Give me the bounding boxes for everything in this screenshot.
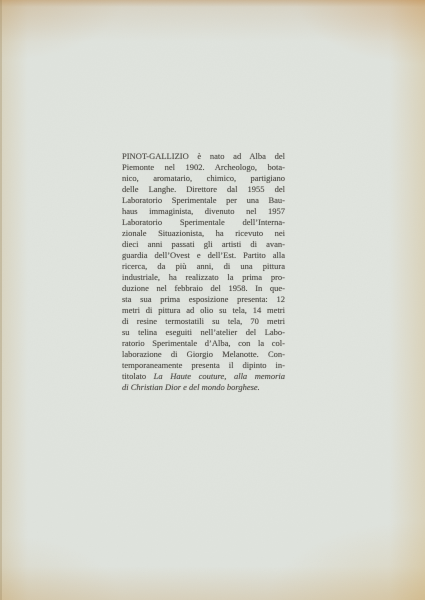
text-line: Laboratorio Sperimentale per una Bau-	[122, 195, 285, 206]
text-segment: ricerca, da più anni, di una pittura	[122, 261, 285, 271]
text-segment: Laboratorio Sperimentale per una Bau-	[122, 195, 285, 205]
text-line: guardia dell’Ovest e dell’Est. Partito a…	[122, 250, 285, 261]
italic-text-segment: di Christian Dior e del mondo borghese.	[122, 382, 260, 392]
text-segment: ratorio Sperimentale d’Alba, con la col-	[122, 338, 285, 348]
text-segment: industriale, ha realizzato la prima pro-	[122, 272, 285, 282]
text-line: ratorio Sperimentale d’Alba, con la col-	[122, 338, 285, 349]
text-segment: Piemonte nel 1902. Archeologo, bota-	[122, 162, 285, 172]
text-segment: guardia dell’Ovest e dell’Est. Partito a…	[122, 250, 285, 260]
text-segment: duzione nel febbraio del 1958. In que-	[122, 283, 285, 293]
text-line: nico, aromatario, chimico, partigiano	[122, 173, 285, 184]
text-line: industriale, ha realizzato la prima pro-	[122, 272, 285, 283]
text-segment: nico, aromatario, chimico, partigiano	[122, 173, 285, 183]
text-segment: laborazione di Giorgio Melanotte. Con-	[122, 349, 285, 359]
text-line: Piemonte nel 1902. Archeologo, bota-	[122, 162, 285, 173]
text-segment: zionale Situazionista, ha ricevuto nei	[122, 228, 285, 238]
text-segment: dieci anni passati gli artisti di avan-	[122, 239, 285, 249]
text-segment: temporaneamente presenta il dipinto in-	[122, 360, 285, 370]
italic-text-segment: La Haute couture, alla memoria	[154, 371, 285, 381]
text-segment: di resine termostatili su tela, 70 metri	[122, 316, 285, 326]
text-segment: Laboratorio Sperimentale dell’Interna-	[122, 217, 285, 227]
text-segment: PINOT-GALLIZIO è nato ad Alba del	[122, 151, 285, 161]
text-line: ricerca, da più anni, di una pittura	[122, 261, 285, 272]
text-line: Laboratorio Sperimentale dell’Interna-	[122, 217, 285, 228]
text-line: haus immaginista, divenuto nel 1957	[122, 206, 285, 217]
text-segment: su telina eseguiti nell’atelier del Labo…	[122, 327, 285, 337]
text-segment: sta sua prima esposizione presenta: 12	[122, 294, 285, 304]
text-segment: titolato	[122, 371, 154, 381]
text-line: temporaneamente presenta il dipinto in-	[122, 360, 285, 371]
text-segment: haus immaginista, divenuto nel 1957	[122, 206, 285, 216]
text-line: sta sua prima esposizione presenta: 12	[122, 294, 285, 305]
text-line: dieci anni passati gli artisti di avan-	[122, 239, 285, 250]
text-segment: metri di pittura ad olio su tela, 14 met…	[122, 305, 285, 315]
text-line: su telina eseguiti nell’atelier del Labo…	[122, 327, 285, 338]
scanned-page: PINOT-GALLIZIO è nato ad Alba delPiemont…	[0, 0, 425, 600]
text-line: laborazione di Giorgio Melanotte. Con-	[122, 349, 285, 360]
text-line: titolato La Haute couture, alla memoria	[122, 371, 285, 382]
biography-paragraph: PINOT-GALLIZIO è nato ad Alba delPiemont…	[122, 151, 285, 393]
text-line: delle Langhe. Direttore dal 1955 del	[122, 184, 285, 195]
text-line: duzione nel febbraio del 1958. In que-	[122, 283, 285, 294]
text-line: PINOT-GALLIZIO è nato ad Alba del	[122, 151, 285, 162]
text-line: di resine termostatili su tela, 70 metri	[122, 316, 285, 327]
text-line: metri di pittura ad olio su tela, 14 met…	[122, 305, 285, 316]
text-line: di Christian Dior e del mondo borghese.	[122, 382, 285, 393]
text-line: zionale Situazionista, ha ricevuto nei	[122, 228, 285, 239]
page-left-edge-shadow	[0, 0, 2, 600]
text-segment: delle Langhe. Direttore dal 1955 del	[122, 184, 285, 194]
